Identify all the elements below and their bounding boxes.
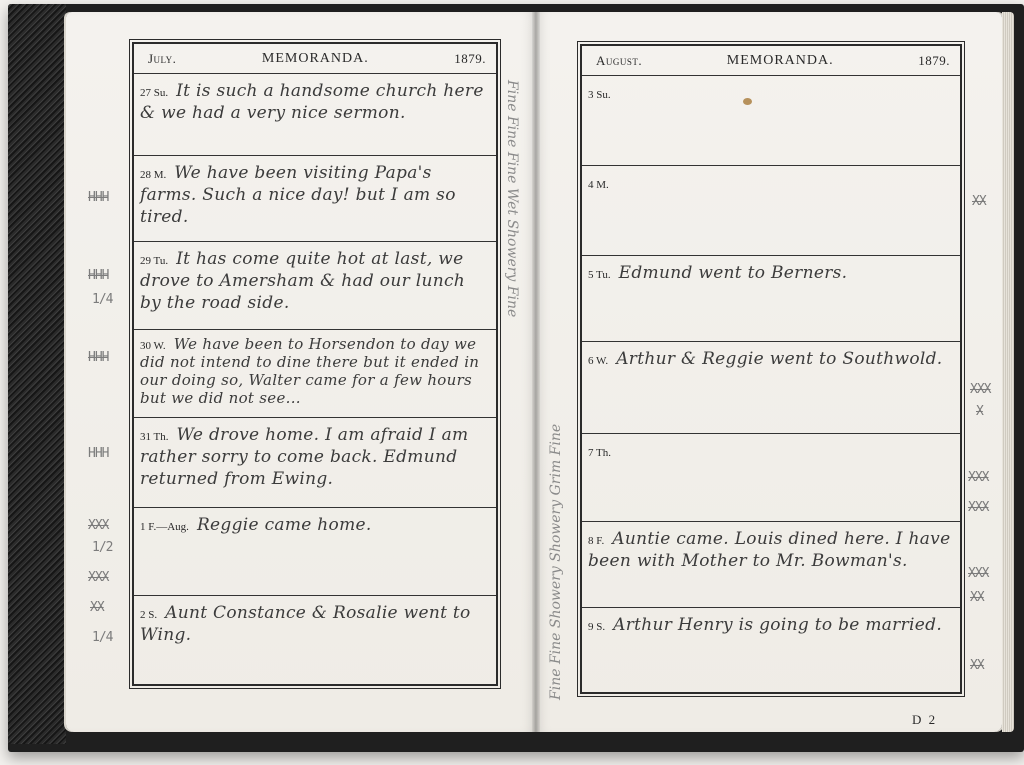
tally-mark: XXX bbox=[88, 518, 108, 533]
tally-mark: HHH bbox=[88, 350, 108, 365]
day-entry: 2 S. Aunt Constance & Rosalie went to Wi… bbox=[134, 596, 496, 684]
tally-mark: XX bbox=[970, 590, 984, 605]
paper-stain bbox=[743, 98, 752, 105]
page-edges bbox=[1002, 12, 1014, 732]
day-label: 4 M. bbox=[588, 179, 609, 191]
tally-mark: XXX bbox=[968, 500, 988, 515]
diary-photo: July. MEMORANDA. 1879. 27 Su. It is such… bbox=[0, 0, 1024, 765]
day-entry: 28 M. We have been visiting Papa's farms… bbox=[134, 156, 496, 242]
tally-mark: XX bbox=[972, 194, 986, 209]
month-label: August. bbox=[596, 53, 642, 69]
day-entry: 31 Th. We drove home. I am afraid I am r… bbox=[134, 418, 496, 508]
day-entry: 29 Tu. It has come quite hot at last, we… bbox=[134, 242, 496, 330]
day-entry: 7 Th. bbox=[582, 434, 960, 522]
handwritten-entry: We have been visiting Papa's farms. Such… bbox=[140, 163, 456, 227]
book-spine bbox=[8, 4, 66, 744]
page-folio: D 2 bbox=[912, 712, 937, 728]
tally-mark: XXX bbox=[88, 570, 108, 585]
day-label: 9 S. bbox=[588, 621, 605, 633]
day-entry: 6 W. Arthur & Reggie went to Southwold. bbox=[582, 342, 960, 434]
handwritten-entry: We have been to Horsendon to day we did … bbox=[140, 335, 479, 407]
handwritten-entry: We drove home. I am afraid I am rather s… bbox=[140, 425, 468, 489]
day-entry: 30 W. We have been to Horsendon to day w… bbox=[134, 330, 496, 418]
tally-mark: XX bbox=[90, 600, 104, 615]
tally-fraction: 1/2 bbox=[92, 540, 112, 555]
tally-mark: XX bbox=[970, 658, 984, 673]
tally-mark: HHH bbox=[88, 190, 108, 205]
day-entry: 3 Su. bbox=[582, 76, 960, 166]
page-header: July. MEMORANDA. 1879. bbox=[134, 44, 496, 74]
page-title: MEMORANDA. bbox=[727, 53, 834, 69]
day-label: 8 F. bbox=[588, 535, 604, 547]
handwritten-entry: Reggie came home. bbox=[197, 515, 372, 535]
tally-mark: XXX bbox=[968, 470, 988, 485]
handwritten-entry: Arthur Henry is going to be married. bbox=[613, 615, 942, 635]
tally-mark: X bbox=[976, 404, 983, 419]
tally-mark: XXX bbox=[970, 382, 990, 397]
tally-mark: HHH bbox=[88, 446, 108, 461]
handwritten-entry: Edmund went to Berners. bbox=[619, 263, 848, 283]
handwritten-entry: Arthur & Reggie went to Southwold. bbox=[616, 349, 942, 369]
tally-mark: XXX bbox=[968, 566, 988, 581]
july-memoranda-frame: July. MEMORANDA. 1879. 27 Su. It is such… bbox=[132, 42, 498, 686]
tally-fraction: 1/4 bbox=[92, 630, 112, 645]
day-label: 29 Tu. bbox=[140, 255, 168, 267]
day-label: 6 W. bbox=[588, 355, 608, 367]
handwritten-entry: It has come quite hot at last, we drove … bbox=[140, 249, 465, 313]
tally-fraction: 1/4 bbox=[92, 292, 112, 307]
day-label: 27 Su. bbox=[140, 87, 168, 99]
handwritten-entry: It is such a handsome church here & we h… bbox=[140, 81, 484, 123]
book-gutter bbox=[532, 12, 540, 732]
day-label: 3 Su. bbox=[588, 89, 611, 101]
handwritten-entry: Auntie came. Louis dined here. I have be… bbox=[588, 529, 950, 571]
year-label: 1879. bbox=[918, 53, 950, 69]
weather-notes-column-b: Fine Fine Showery Showery Grim Fine bbox=[548, 424, 564, 700]
day-entry: 9 S. Arthur Henry is going to be married… bbox=[582, 608, 960, 692]
day-label: 28 M. bbox=[140, 169, 166, 181]
year-label: 1879. bbox=[454, 51, 486, 67]
day-entry: 4 M. bbox=[582, 166, 960, 256]
day-label: 2 S. bbox=[140, 609, 157, 621]
handwritten-entry: Aunt Constance & Rosalie went to Wing. bbox=[140, 603, 471, 645]
day-entry: 8 F. Auntie came. Louis dined here. I ha… bbox=[582, 522, 960, 608]
day-entry: 1 F.—Aug. Reggie came home. bbox=[134, 508, 496, 596]
day-label: 5 Tu. bbox=[588, 269, 611, 281]
tally-mark: HHH bbox=[88, 268, 108, 283]
day-label: 7 Th. bbox=[588, 447, 611, 459]
month-label: July. bbox=[148, 51, 176, 67]
day-entry: 27 Su. It is such a handsome church here… bbox=[134, 74, 496, 156]
weather-notes-column-a: Fine Fine Fine Wet Showery Fine bbox=[504, 80, 520, 317]
page-title: MEMORANDA. bbox=[262, 51, 369, 67]
day-label: 31 Th. bbox=[140, 431, 169, 443]
august-memoranda-frame: August. MEMORANDA. 1879. 3 Su. 4 M. 5 Tu… bbox=[580, 44, 962, 694]
page-header: August. MEMORANDA. 1879. bbox=[582, 46, 960, 76]
day-label: 30 W. bbox=[140, 340, 166, 352]
day-label: 1 F.—Aug. bbox=[140, 521, 189, 533]
day-entry: 5 Tu. Edmund went to Berners. bbox=[582, 256, 960, 342]
